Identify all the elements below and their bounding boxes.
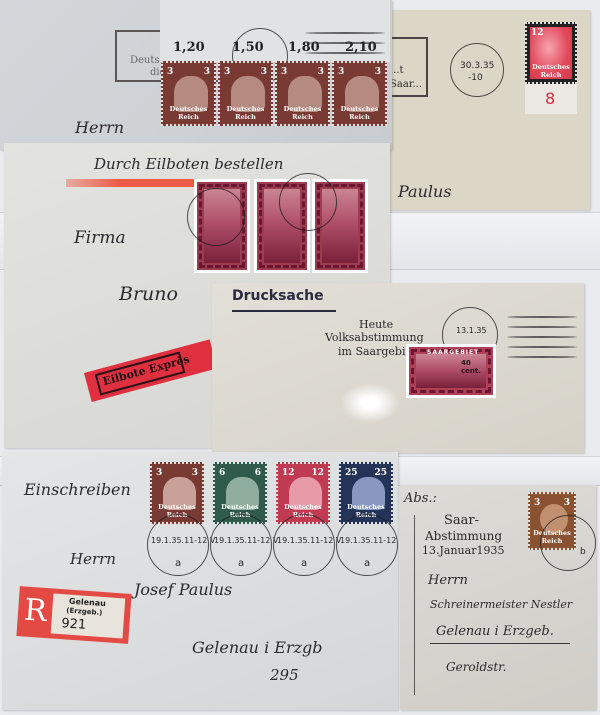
stamp-3: 3 3 Deutsches Reich: [275, 61, 330, 126]
cover-saar-abstimmung-card: Abs.: Saar- Abstimmung 13.Januar1935 3 3…: [400, 485, 596, 710]
postmark-time: -10: [468, 73, 483, 83]
stamp-value: 3: [375, 67, 381, 77]
registration-number: 921: [61, 616, 87, 633]
slogan-line-2: Volksabstimmung: [325, 331, 424, 344]
sheet-margin-number: 8: [545, 89, 555, 108]
rubber-stamp-underline: [232, 310, 336, 312]
postmark: [187, 188, 245, 246]
handwriting-town: Gelenau i Erzgb: [192, 638, 323, 657]
stamp-value: 3: [192, 468, 198, 478]
stamp-country: Deutsches Reich: [220, 105, 271, 121]
slogan-cancel-line-1: ...t: [390, 65, 404, 76]
stamp-value: 25: [374, 468, 387, 478]
postmark-chemnitz: [540, 515, 596, 571]
postmark-letter-1: a: [175, 558, 181, 569]
stamp-hindenburg-12pf: 12 Deutsches Reich: [525, 22, 577, 84]
stamp-value: 6: [219, 468, 225, 478]
handwriting-firma: Firma: [74, 228, 126, 248]
stamp-value: 3: [156, 468, 162, 478]
stamp-country: Deutsches Reich: [277, 105, 328, 121]
postmark-letter-2: a: [238, 558, 244, 569]
cover-drucksache: Drucksache Heute Volksabstimmung im Saar…: [212, 283, 584, 453]
wavy-cancel: [507, 356, 577, 358]
registration-letter: R: [23, 594, 48, 629]
handwriting-herrn: Herrn: [70, 550, 116, 568]
postmark-date: 13.1.35: [456, 326, 487, 335]
postmark-date: 30.3.35: [460, 61, 494, 71]
address-line-3: Gelenau i Erzgeb.: [436, 624, 554, 639]
stamp-value: 3: [338, 67, 344, 77]
registration-label: R Gelenau (Erzgeb.) 921: [16, 586, 131, 644]
handwriting-bruno: Bruno: [119, 283, 178, 305]
stamp-value: 40 cent.: [461, 359, 493, 375]
express-label: Eilbote Exprès: [84, 339, 217, 402]
postmark-date-4: 19.1.35.11-12 V: [340, 536, 398, 545]
stamp-value: 3: [564, 498, 570, 508]
stamp-value: 12: [311, 468, 324, 478]
postmark-date-2: 19.1.35.11-12 V: [214, 536, 278, 545]
stamp-value: 3: [224, 67, 230, 77]
stamp-value: 12: [282, 468, 295, 478]
handwriting-herrn: Herrn: [75, 118, 124, 137]
handwriting-house-number: 295: [270, 666, 299, 684]
divider-line: [414, 515, 415, 695]
stamp-value: 12: [531, 28, 544, 38]
wavy-cancel: [507, 326, 577, 328]
stamp-value: 3: [318, 67, 324, 77]
wavy-cancel: [305, 52, 385, 54]
cover-saar-strip-of-four: Deutsch die Saar 1,20 1,50 1,80 2,10 3 3…: [0, 0, 392, 150]
saar-stamp-40-cent: SAARGEBIET 40 cent.: [406, 344, 496, 398]
postmark-date-3: 19.1.35.11-12 V: [277, 536, 341, 545]
slogan-line-3: 13.Januar1935: [422, 544, 504, 557]
stamp-country: SAARGEBIET: [427, 349, 479, 356]
address-line-1: Herrn: [428, 573, 468, 588]
sheet-margin: 8: [525, 84, 577, 114]
wavy-cancel: [305, 42, 385, 44]
handwriting-sender: Abs.:: [404, 491, 437, 506]
rubber-stamp-drucksache: Drucksache: [232, 288, 324, 304]
slogan-line-1: Saar-: [444, 513, 479, 528]
slogan-line-1: Heute: [359, 318, 393, 331]
wavy-cancel: [507, 316, 577, 318]
stamp-value: 3: [281, 67, 287, 77]
cover-hindenburg-12: ...t Saar... 30.3.35 -10 12 Deutsches Re…: [388, 10, 590, 210]
slogan-cancel-line-2: Saar...: [390, 79, 422, 90]
stamp-value: 6: [255, 468, 261, 478]
handwriting-paulus: Paulus: [398, 182, 452, 201]
postmark-date-1: 19.1.35.11-12 V: [151, 536, 215, 545]
cover-registered-einschreiben: Einschreiben 3 3 Deutsches Reich 6 6 Deu…: [2, 452, 398, 710]
stamp-value: 25: [345, 468, 358, 478]
wavy-cancel: [507, 336, 577, 338]
handwriting-name: Josef Paulus: [134, 580, 232, 599]
stamp-country: Deutsches Reich: [527, 63, 575, 79]
stamp-value: 3: [534, 498, 540, 508]
stamp-country: Deutsches Reich: [334, 105, 385, 121]
postmark-letter: b: [580, 547, 586, 557]
address-line-2: Schreinermeister Nestler: [430, 598, 572, 611]
wavy-cancel: [507, 346, 577, 348]
postmark-letter-3: a: [301, 558, 307, 569]
red-crayon-stripe: [66, 179, 201, 187]
address-line-4: Geroldstr.: [446, 660, 506, 674]
stamp-2: 3 3 Deutsches Reich: [218, 61, 273, 126]
handwriting-instruction: Durch Eilboten bestellen: [94, 155, 283, 173]
stamp-1: 3 3 Deutsches Reich: [161, 61, 216, 126]
stamp-country: Deutsches Reich: [163, 105, 214, 121]
glare-spot: [340, 383, 400, 423]
wavy-cancel: [305, 32, 385, 34]
stamp-value: 3: [261, 67, 267, 77]
slogan-line-2: Abstimmung: [425, 529, 502, 543]
stamp-4: 3 3 Deutsches Reich: [332, 61, 387, 126]
address-underline: [430, 643, 570, 644]
handwriting-einschreiben: Einschreiben: [24, 480, 131, 499]
postmark: [279, 173, 337, 231]
margin-price-1: 1,20: [173, 40, 205, 55]
postmark-letter-4: a: [364, 558, 370, 569]
stamp-value: 3: [167, 67, 173, 77]
slogan-line-3: im Saargebiet: [338, 345, 416, 358]
stamp-value: 3: [204, 67, 210, 77]
